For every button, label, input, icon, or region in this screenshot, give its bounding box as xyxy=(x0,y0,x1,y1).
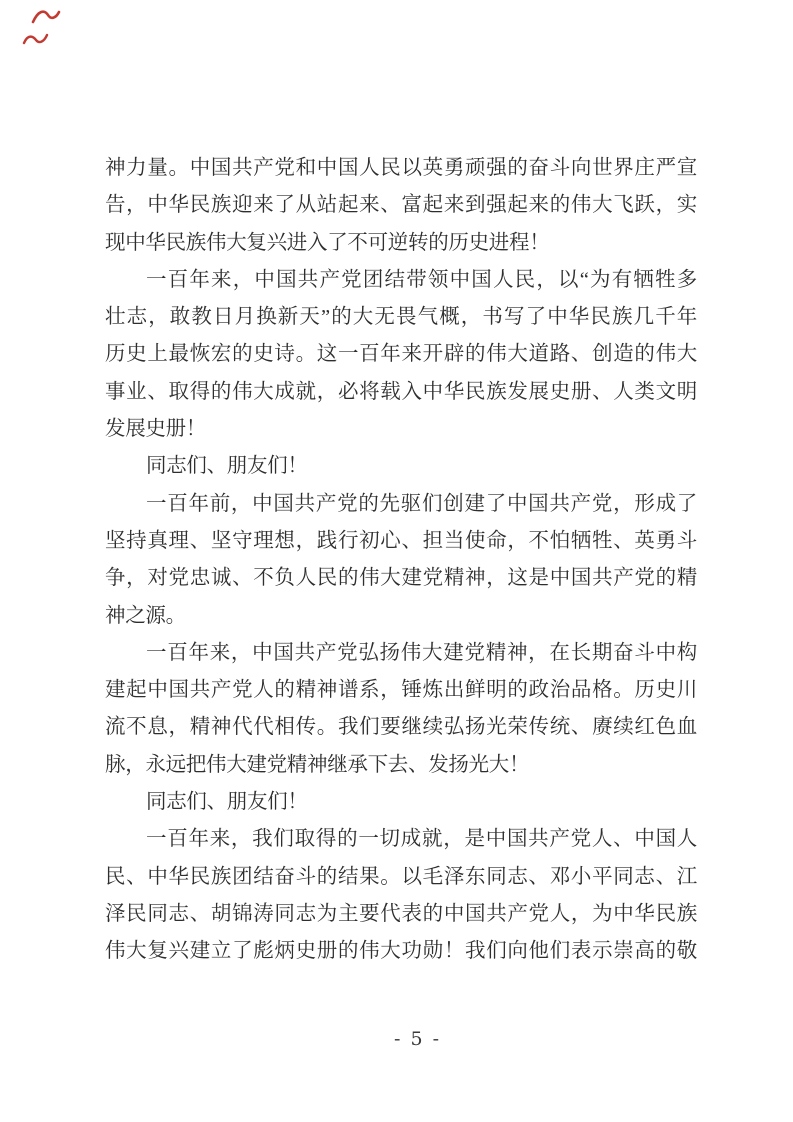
text-line: 壮志，敢教日月换新天”的大无畏气概，书写了中华民族几千年 xyxy=(105,299,697,336)
text-line: 历史上最恢宏的史诗。这一百年来开辟的伟大道路、创造的伟大 xyxy=(105,336,697,373)
text-line: 同志们、朋友们！ xyxy=(105,448,697,485)
text-line: 发展史册！ xyxy=(105,411,697,448)
text-line: 一百年来，我们取得的一切成就，是中国共产党人、中国人 xyxy=(105,821,697,858)
text-line: 争，对党忠诚、不负人民的伟大建党精神，这是中国共产党的精 xyxy=(105,560,697,597)
text-line: 告，中华民族迎来了从站起来、富起来到强起来的伟大飞跃，实 xyxy=(105,187,697,224)
text-line: 一百年来，中国共产党弘扬伟大建党精神，在长期奋斗中构 xyxy=(105,635,697,672)
text-line: 脉，永远把伟大建党精神继承下去、发扬光大！ xyxy=(105,747,697,784)
page-number: - 5 - xyxy=(21,1028,793,1050)
text-line: 建起中国共产党人的精神谱系，锤炼出鲜明的政治品格。历史川 xyxy=(105,672,697,709)
text-line: 一百年前，中国共产党的先驱们创建了中国共产党，形成了 xyxy=(105,486,697,523)
text-line: 一百年来，中国共产党团结带领中国人民，以“为有牺牲多 xyxy=(105,262,697,299)
text-line: 坚持真理、坚守理想，践行初心、担当使命，不怕牺牲、英勇斗 xyxy=(105,523,697,560)
red-pen-mark-2 xyxy=(22,30,50,50)
red-annotation-marks xyxy=(22,4,66,52)
text-line: 事业、取得的伟大成就，必将载入中华民族发展史册、人类文明 xyxy=(105,374,697,411)
text-line: 现中华民族伟大复兴进入了不可逆转的历史进程！ xyxy=(105,225,697,262)
text-line: 神之源。 xyxy=(105,598,697,635)
text-line: 同志们、朋友们！ xyxy=(105,784,697,821)
text-block: 神力量。中国共产党和中国人民以英勇顽强的奋斗向世界庄严宣告，中华民族迎来了从站起… xyxy=(105,150,697,971)
red-pen-mark-1 xyxy=(30,6,62,28)
text-line: 民、中华民族团结奋斗的结果。以毛泽东同志、邓小平同志、江 xyxy=(105,859,697,896)
text-line: 神力量。中国共产党和中国人民以英勇顽强的奋斗向世界庄严宣 xyxy=(105,150,697,187)
text-line: 流不息，精神代代相传。我们要继续弘扬光荣传统、赓续红色血 xyxy=(105,709,697,746)
text-line: 泽民同志、胡锦涛同志为主要代表的中国共产党人，为中华民族 xyxy=(105,896,697,933)
document-page: 神力量。中国共产党和中国人民以英勇顽强的奋斗向世界庄严宣告，中华民族迎来了从站起… xyxy=(0,0,793,1122)
text-line: 伟大复兴建立了彪炳史册的伟大功勋！我们向他们表示崇高的敬 xyxy=(105,933,697,970)
